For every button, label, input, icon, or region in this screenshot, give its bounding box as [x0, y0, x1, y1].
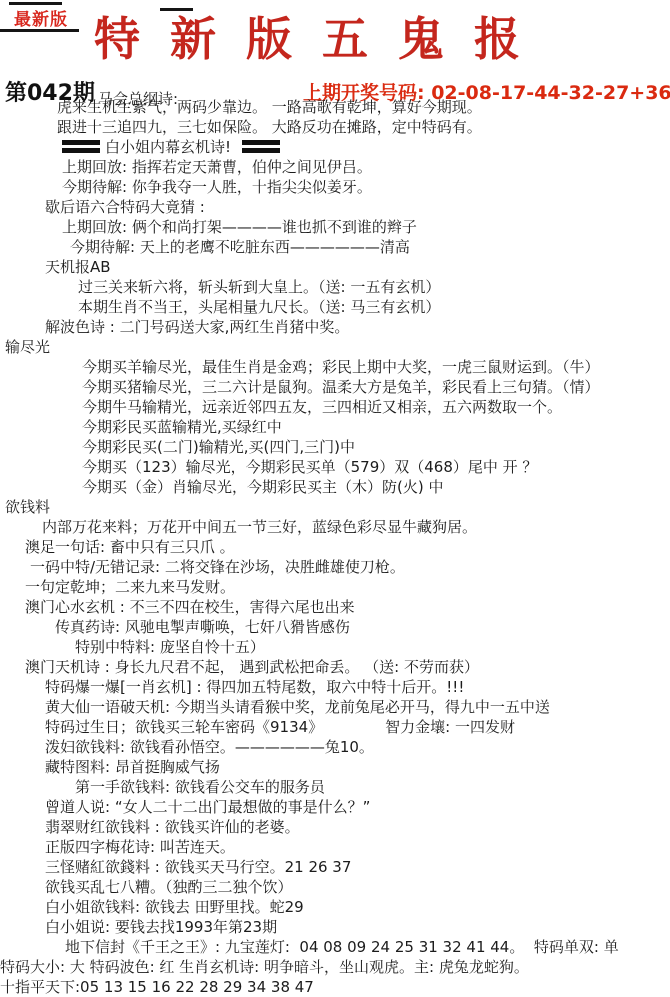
text-line: 一句定乾坤；二来九来马发财。 — [0, 577, 670, 597]
text-line: 澳足一句话: 畜中只有三只爪 。 — [0, 537, 670, 557]
text-line: 十指平天下:05 13 15 16 22 28 29 34 38 47 — [0, 977, 670, 997]
text-line: 上期回放: 俩个和尚打架————谁也抓不到谁的辫子 — [0, 217, 670, 237]
line-text: 天机报AB — [45, 258, 111, 276]
body-lines: 虎来生机生紫气，两码少靠边。 一路高歌有乾坤，算好今期现。跟进十三追四九，三七如… — [0, 97, 670, 997]
line-text: 一句定乾坤；二来九来马发财。 — [25, 578, 235, 596]
line-text: 白小姐说: 要钱去找1993年第23期 — [45, 918, 277, 936]
line-text: 上期回放: 指挥若定天萧曹，伯仲之间见伊吕。 — [62, 158, 372, 176]
text-line: 一码中特/无错记录: 二将交锋在沙场，决胜雌雄使刀枪。 — [0, 557, 670, 577]
line-text: 地下信封《千王之王》: 九宝莲灯: 04 08 09 24 25 31 32 4… — [65, 938, 619, 956]
line-text: 十指平天下:05 13 15 16 22 28 29 34 38 47 — [0, 978, 314, 996]
line-text: 传真药诗: 风驰电掣声嘶唤，七奸八猾皆感伤 — [55, 618, 350, 636]
line-text: 正版四字梅花诗: 叫苦连天。 — [45, 838, 235, 856]
section-label-yuqianliao: 欲钱料 — [0, 497, 670, 517]
text-line: 特码大小: 大 特码波色: 红 生肖玄机诗: 明争暗斗，坐山观虎。主: 虎兔龙蛇… — [0, 957, 670, 977]
line-text: 特码大小: 大 特码波色: 红 生肖玄机诗: 明争暗斗，坐山观虎。主: 虎兔龙蛇… — [0, 958, 529, 976]
section-heading-baixiaojie: 白小姐内幕玄机诗! — [0, 137, 670, 157]
scanned-lottery-sheet: 最新版 特新版五鬼报 第042期 马会总纲诗: 上期开奖号码: 02-08-17… — [0, 0, 670, 997]
text-line: 特码爆一爆[一肖玄机] : 得四加五特尾数，取六中特十后开。!!! — [0, 677, 670, 697]
line-text: 泼妇欲钱料: 欲钱看孙悟空。——————兔10。 — [45, 738, 374, 756]
line-text: 翡翠财红欲钱料 : 欲钱买许仙的老婆。 — [45, 818, 300, 836]
text-line: 跟进十三追四九，三七如保险。 大路反功在摊路，定中特码有。 — [0, 117, 670, 137]
text-line: 今期牛马输精光，远亲近邻四五友，三四相近又相亲，五六两数取一个。 — [0, 397, 670, 417]
edition-badge: 最新版 — [14, 5, 68, 30]
line-text: 虎来生机生紫气，两码少靠边。 一路高歌有乾坤，算好今期现。 — [57, 98, 482, 116]
text-line: 正版四字梅花诗: 叫苦连天。 — [0, 837, 670, 857]
line-text: 今期彩民买蓝输精光,买绿红中 — [82, 418, 282, 436]
text-line: 黄大仙一语破天机: 今期当头请看猴中奖，龙前兔尾必开马，得九中一五中送 — [0, 697, 670, 717]
text-line: 解波色诗 : 二门号码送大家,两红生肖猪中奖。 — [0, 317, 670, 337]
text-line: 澳门心水玄机 : 不三不四在校生，害得六尾也出来 — [0, 597, 670, 617]
line-text: 澳门天机诗 : 身长九尺君不起， 遇到武松把命丢。 （送: 不劳而获） — [25, 658, 479, 676]
line-text: 欲钱料 — [5, 498, 50, 516]
text-line: 特码过生日；欲钱买三轮车密码《9134》 智力金壤: 一四发财 — [0, 717, 670, 737]
text-line: 今期彩民买(二门)输精光,买(四门,三门)中 — [0, 437, 670, 457]
double-bar-icon — [242, 140, 280, 153]
line-text: 上期回放: 俩个和尚打架————谁也抓不到谁的辫子 — [62, 218, 417, 236]
double-bar-icon — [62, 140, 100, 153]
line-text: 特码爆一爆[一肖玄机] : 得四加五特尾数，取六中特十后开。!!! — [45, 678, 464, 696]
text-line: 三怪赌紅欲錢料 : 欲钱买天马行空。21 26 37 — [0, 857, 670, 877]
line-text: 今期买（123）输尽光，今期彩民买单（579）双（468）尾中 开 ？ — [82, 458, 537, 476]
text-line: 本期生肖不当王，头尾相量九尺长。（送: 马三有玄机） — [0, 297, 670, 317]
text-line: 虎来生机生紫气，两码少靠边。 一路高歌有乾坤，算好今期现。 — [0, 97, 670, 117]
text-line: 今期买羊输尽光，最佳生肖是金鸡；彩民上期中大奖，一虎三鼠财运到。（牛） — [0, 357, 670, 377]
page-title: 特新版五鬼报 — [94, 10, 550, 68]
line-text: 三怪赌紅欲錢料 : 欲钱买天马行空。21 26 37 — [45, 858, 351, 876]
line-text: 白小姐欲钱料: 欲钱去 田野里找。蛇29 — [45, 898, 304, 916]
line-text: 输尽光 — [5, 338, 50, 356]
text-line: 特别中特料: 庞坚自怜十五） — [0, 637, 670, 657]
line-text: 今期买猪输尽光，三二六计是鼠狗。温柔大方是兔羊，彩民看上三句猜。（情） — [82, 378, 600, 396]
text-line: 传真药诗: 风驰电掣声嘶唤，七奸八猾皆感伤 — [0, 617, 670, 637]
text-line: 今期待解: 你争我夺一人胜，十指尖尖似姜牙。 — [0, 177, 670, 197]
text-line: 曾道人说: “女人二十二出门最想做的事是什么？” — [0, 797, 670, 817]
text-line: 今期待解: 天上的老鹰不吃脏东西——————清高 — [0, 237, 670, 257]
text-line: 内部万花来料；万花开中间五一节三好，蓝绿色彩尽显牛藏狗居。 — [0, 517, 670, 537]
line-text: 今期待解: 天上的老鹰不吃脏东西——————清高 — [70, 238, 410, 256]
line-text: 今期买羊输尽光，最佳生肖是金鸡；彩民上期中大奖，一虎三鼠财运到。（牛） — [82, 358, 600, 376]
text-line: 今期买（123）输尽光，今期彩民买单（579）双（468）尾中 开 ？ — [0, 457, 670, 477]
line-text: 歇后语六合特码大竟猜 : — [45, 198, 205, 216]
text-line: 今期买猪输尽光，三二六计是鼠狗。温柔大方是兔羊，彩民看上三句猜。（情） — [0, 377, 670, 397]
section-heading-xiehouyu: 歇后语六合特码大竟猜 : — [0, 197, 670, 217]
line-text: 今期待解: 你争我夺一人胜，十指尖尖似姜牙。 — [62, 178, 372, 196]
text-line: 白小姐说: 要钱去找1993年第23期 — [0, 917, 670, 937]
line-text: 本期生肖不当王，头尾相量九尺长。（送: 马三有玄机） — [78, 298, 440, 316]
line-text: 澳足一句话: 畜中只有三只爪 。 — [25, 538, 235, 556]
line-text: 特码过生日；欲钱买三轮车密码《9134》 智力金壤: 一四发财 — [45, 718, 515, 736]
text-line: 今期彩民买蓝输精光,买绿红中 — [0, 417, 670, 437]
text-line: 第一手欲钱料: 欲钱看公交车的服务员 — [0, 777, 670, 797]
text-line: 上期回放: 指挥若定天萧曹，伯仲之间见伊吕。 — [0, 157, 670, 177]
section-heading-tianjibao: 天机报AB — [0, 257, 670, 277]
line-text: 黄大仙一语破天机: 今期当头请看猴中奖，龙前兔尾必开马，得九中一五中送 — [45, 698, 550, 716]
line-text: 内部万花来料；万花开中间五一节三好，蓝绿色彩尽显牛藏狗居。 — [42, 518, 477, 536]
line-text: 欲钱买乱七八糟。（独酌三二独个饮） — [45, 878, 293, 896]
text-line: 欲钱买乱七八糟。（独酌三二独个饮） — [0, 877, 670, 897]
text-line: 藏特图料: 昂首挺胸威气扬 — [0, 757, 670, 777]
line-text: 一码中特/无错记录: 二将交锋在沙场，决胜雌雄使刀枪。 — [30, 558, 405, 576]
line-text: 跟进十三追四九，三七如保险。 大路反功在摊路，定中特码有。 — [57, 118, 482, 136]
line-text: 特别中特料: 庞坚自怜十五） — [75, 638, 265, 656]
line-text: 第一手欲钱料: 欲钱看公交车的服务员 — [75, 778, 325, 796]
text-line: 翡翠财红欲钱料 : 欲钱买许仙的老婆。 — [0, 817, 670, 837]
line-text: 今期牛马输精光，远亲近邻四五友，三四相近又相亲，五六两数取一个。 — [82, 398, 562, 416]
line-text: 藏特图料: 昂首挺胸威气扬 — [45, 758, 220, 776]
text-line: 过三关来斩六将，斩头斩到大皇上。（送: 一五有玄机） — [0, 277, 670, 297]
text-line: 泼妇欲钱料: 欲钱看孙悟空。——————兔10。 — [0, 737, 670, 757]
text-line: 澳门天机诗 : 身长九尺君不起， 遇到武松把命丢。 （送: 不劳而获） — [0, 657, 670, 677]
text-line: 今期买（金）肖输尽光，今期彩民买主（木）防(火) 中 — [0, 477, 670, 497]
section-label-shujinguang: 输尽光 — [0, 337, 670, 357]
line-text: 澳门心水玄机 : 不三不四在校生，害得六尾也出来 — [25, 598, 355, 616]
line-text: 过三关来斩六将，斩头斩到大皇上。（送: 一五有玄机） — [78, 278, 440, 296]
line-text: 白小姐内幕玄机诗! — [105, 138, 236, 156]
line-text: 今期彩民买(二门)输精光,买(四门,三门)中 — [82, 438, 355, 456]
line-text: 今期买（金）肖输尽光，今期彩民买主（木）防(火) 中 — [82, 478, 443, 496]
text-line: 白小姐欲钱料: 欲钱去 田野里找。蛇29 — [0, 897, 670, 917]
text-line: 地下信封《千王之王》: 九宝莲灯: 04 08 09 24 25 31 32 4… — [0, 937, 670, 957]
line-text: 解波色诗 : 二门号码送大家,两红生肖猪中奖。 — [45, 318, 349, 336]
line-text: 曾道人说: “女人二十二出门最想做的事是什么？” — [45, 798, 370, 816]
